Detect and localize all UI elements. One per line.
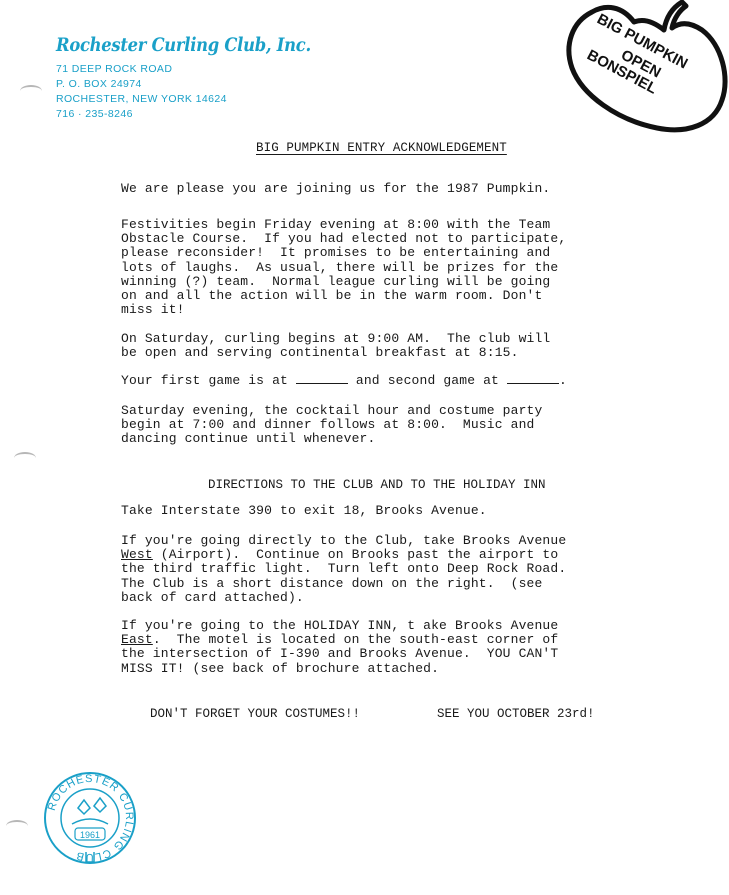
address-po-box: P. O. BOX 24974 xyxy=(56,77,352,92)
game-times-text-3: . xyxy=(559,373,567,388)
address-street: 71 DEEP ROCK ROAD xyxy=(56,62,352,77)
first-game-time-field[interactable] xyxy=(296,372,348,384)
game-times-paragraph: Your first game is at and second game at… xyxy=(121,372,567,388)
club-seal-icon: ROCHESTER CURLING CLUB 1961 xyxy=(42,770,138,866)
punch-hole-mark xyxy=(20,85,42,97)
directions-heading: DIRECTIONS TO THE CLUB AND TO THE HOLIDA… xyxy=(208,478,546,492)
club-directions-line1: If you're going directly to the Club, ta… xyxy=(121,533,566,548)
club-direction-west: West xyxy=(121,547,153,562)
hotel-directions-line1: If you're going to the HOLIDAY INN, t ak… xyxy=(121,618,558,633)
intro-paragraph: We are please you are joining us for the… xyxy=(121,182,550,196)
saturday-paragraph: On Saturday, curling begins at 9:00 AM. … xyxy=(121,332,550,360)
game-times-text-1: Your first game is at xyxy=(121,373,296,388)
punch-hole-mark xyxy=(6,820,28,832)
club-name: Rochester Curling Club, Inc. xyxy=(56,34,311,56)
closing-right: SEE YOU OCTOBER 23rd! xyxy=(437,707,595,721)
evening-paragraph: Saturday evening, the cocktail hour and … xyxy=(121,404,542,447)
hotel-direction-east: East xyxy=(121,632,153,647)
closing-left: DON'T FORGET YOUR COSTUMES!! xyxy=(150,707,360,721)
second-game-time-field[interactable] xyxy=(507,372,559,384)
page-title: BIG PUMPKIN ENTRY ACKNOWLEDGEMENT xyxy=(256,141,507,155)
interstate-paragraph: Take Interstate 390 to exit 18, Brooks A… xyxy=(121,504,487,518)
address-city: ROCHESTER, NEW YORK 14624 xyxy=(56,92,352,107)
pumpkin-badge-icon: BIG PUMPKIN OPEN BONSPIEL xyxy=(562,0,729,140)
game-times-text-2: and second game at xyxy=(348,373,507,388)
hotel-directions-paragraph: If you're going to the HOLIDAY INN, t ak… xyxy=(121,619,558,676)
punch-hole-mark xyxy=(14,452,36,464)
club-directions-paragraph: If you're going directly to the Club, ta… xyxy=(121,534,566,605)
seal-year: 1961 xyxy=(80,830,100,840)
club-directions-rest: (Airport). Continue on Brooks past the a… xyxy=(121,547,566,605)
friday-paragraph: Festivities begin Friday evening at 8:00… xyxy=(121,218,566,317)
hotel-directions-rest: . The motel is located on the south-east… xyxy=(121,632,558,675)
letterhead: Rochester Curling Club, Inc. 71 DEEP ROC… xyxy=(56,34,352,122)
address-phone: 716 · 235-8246 xyxy=(56,107,352,122)
